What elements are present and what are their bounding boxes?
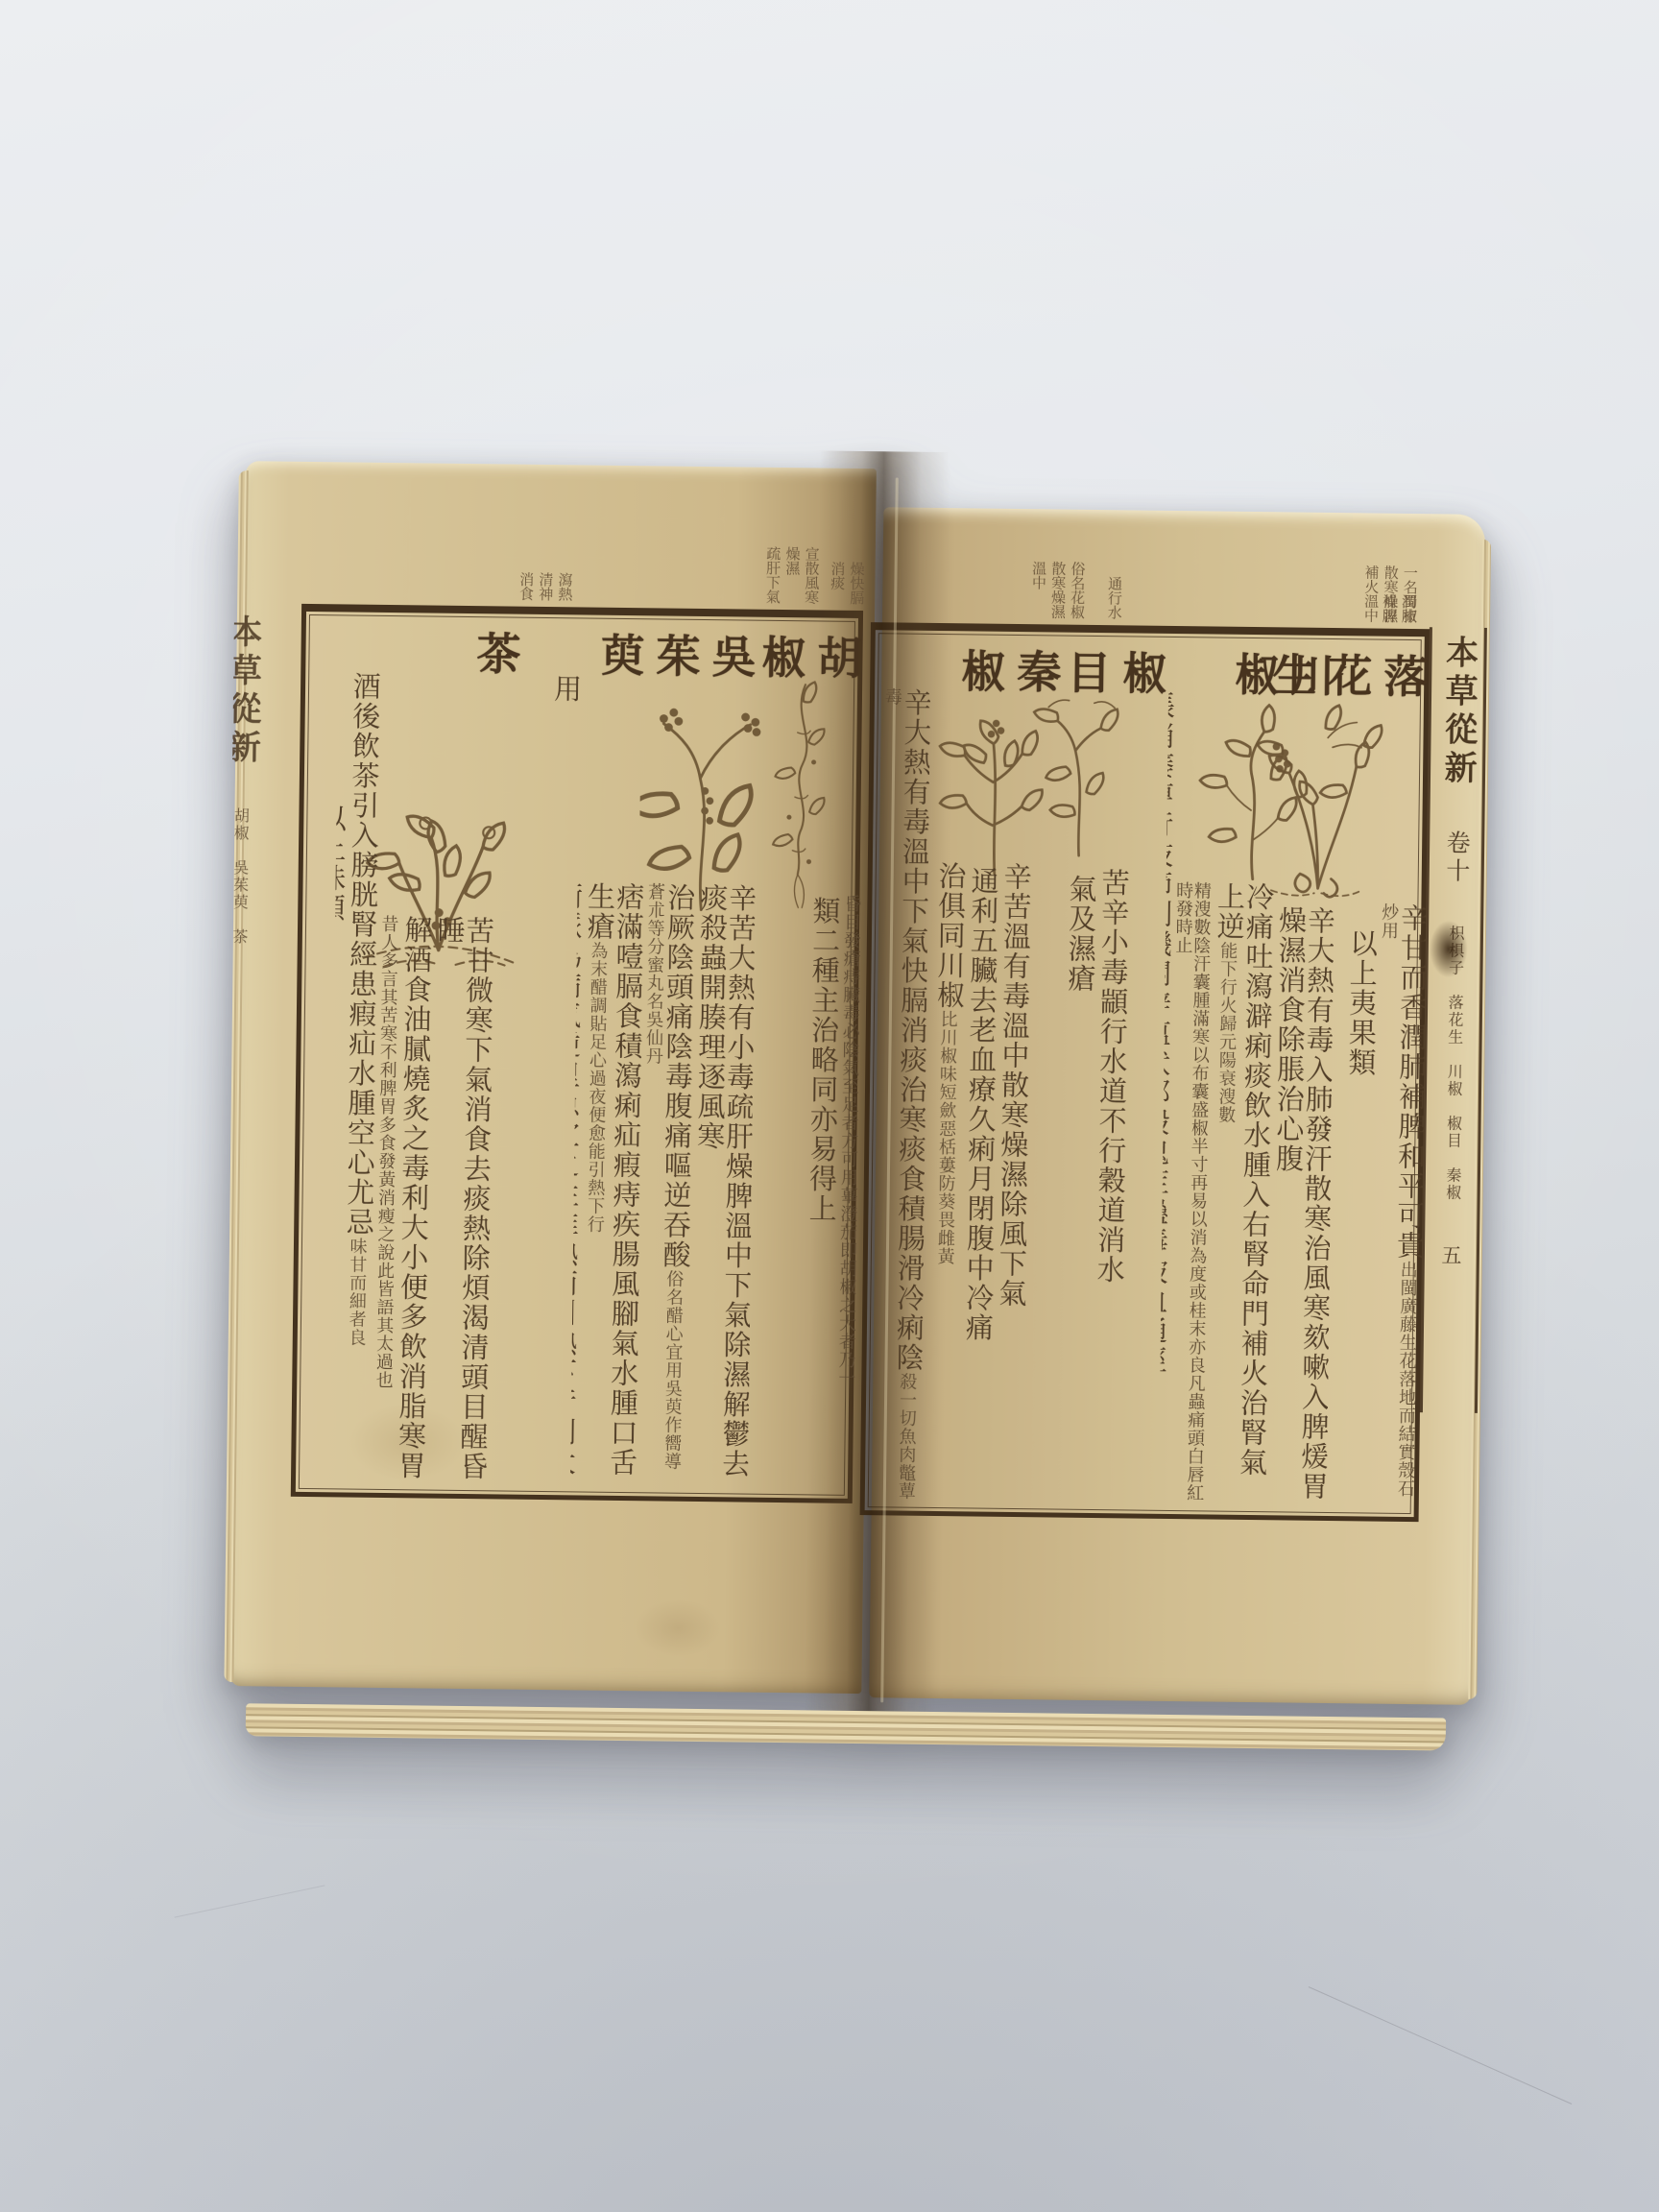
entry-qinjiao: 秦椒 辛苦溫有毒溫中散寒燥濕除風下氣通利五臟去老血療久痢月閉腹中冷痛治俱同川椒比…	[919, 640, 1064, 1503]
margin-note-qinjiao: 俗名花椒散寒燥濕溫中	[921, 560, 1085, 619]
paper-stain	[635, 1599, 722, 1657]
text-column: 精溲數陰汗囊腫滿寒以布囊盛椒半寸再易以消為度或桂末亦良凡蟲痛頭白唇紅時發時止	[1167, 881, 1211, 1504]
right-fold-edge-column: 本草從新 卷十 枳椇子 落花生 川椒 椒目 秦椒 五	[1420, 627, 1487, 1413]
margin-note-column: 清神	[537, 572, 553, 601]
heading-char: 川	[1290, 654, 1335, 699]
margin-note-column: 俗名花椒	[1069, 562, 1085, 619]
entry-heading: 胡椒	[761, 637, 862, 682]
edge-book-title: 本草從新	[1439, 635, 1477, 788]
right-page-margin-notes: 潤肺補脾一名蜀椒散寒燥濕補火溫中通行水俗名花椒散寒燥濕溫中	[871, 530, 1421, 625]
text-column: 酒後飲茶引入膀胱腎經患瘕疝水腫空心尤忌味甘而細者良	[340, 672, 378, 1483]
heading-char: 秦	[1017, 651, 1062, 696]
column-annotation-text: 比川椒味短歛惡栝蔞防葵畏雌黃	[935, 1010, 957, 1265]
right-page: 潤肺補脾一名蜀椒散寒燥濕補火溫中通行水俗名花椒散寒燥濕溫中 落花生 辛甘而香潤肺…	[869, 507, 1485, 1705]
column-main-text: 辛苦大熱有小毒疏肝燥脾溫中下氣除濕解鬱去痰殺蟲開腠理逐風寒	[693, 883, 757, 1479]
column-main-text: 苦辛小毒顓行水道不行穀道消水	[1094, 868, 1129, 1285]
column-main-text: 用	[550, 674, 581, 704]
column-main-text: 通利五臟去老血療久痢月閉腹中冷痛	[962, 866, 998, 1342]
entry-text-columns: 用苦甘微寒下氣消食去痰熱除煩渴清頭目醒昏睡解酒食油膩燒炙之毒利大小便多飲消脂寒胃…	[328, 621, 581, 1485]
entry-text-columns: 苦辛小毒顓行水道不行穀道消水氣及濕瘡	[1053, 642, 1169, 1504]
right-page-frame: 落花生 辛甘而香潤肺補脾和平可貴出閩廣藤生花落地而結實殼石炒用以上夷果類川椒 辛…	[860, 622, 1430, 1522]
column-main-text: 以上味類	[328, 804, 346, 923]
column-annotation-text: 能下行火歸元陽衰溲數	[1216, 942, 1238, 1124]
column-main-text: 苦甘微寒下氣消食去痰熱除煩渴清頭目醒昏睡	[433, 916, 493, 1482]
text-column: 以上夷果類	[1340, 928, 1377, 1506]
heading-char: 吳	[711, 636, 757, 681]
column-main-text: 治俱同川椒	[933, 861, 966, 1010]
text-column: 辛苦溫有毒溫中散寒燥濕除風下氣	[994, 862, 1030, 1503]
entry-cha: 茶 用苦甘微寒下氣消食去痰熱除煩渴清頭目醒昏睡解酒食油膩燒炙之毒利大小便多飲消脂…	[328, 621, 581, 1485]
text-column: 通利五臟去老血療久痢月閉腹中冷痛	[960, 866, 997, 1502]
heading-char: 椒	[961, 650, 1006, 695]
text-column: 治俱同川椒比川椒味短歛惡栝蔞防葵畏雌黃	[927, 861, 964, 1502]
margin-note-column: 散寒燥濕	[1382, 565, 1398, 623]
entry-text-columns: 辛甘而香潤肺補脾和平可貴出閩廣藤生花落地而結實殼石炒用以上夷果類	[1327, 645, 1431, 1507]
heading-char: 萸	[600, 635, 645, 680]
edge-book-title: 本草從新	[224, 614, 266, 769]
text-column: 辛大熱有毒入肺發汗散寒治風寒欬嗽入脾煖胃燥濕消食除脹治心腹	[1268, 905, 1334, 1506]
edge-page-number: 五	[1439, 1244, 1462, 1264]
column-main-text: 辛大熱有毒入肺發汗散寒治風寒欬嗽入脾煖胃燥濕消食除脹治心腹	[1272, 905, 1335, 1502]
margin-note-column: 燥濕	[783, 546, 800, 575]
entry-text-columns: 辛大熱有毒入肺發汗散寒治風寒欬嗽入脾煖胃燥濕消食除脹治心腹冷痛吐瀉澼痢痰飲水腫入…	[1159, 643, 1337, 1506]
margin-note-cha: 瀉熱清神消食	[470, 571, 571, 601]
text-column: 冷痛吐瀉澼痢痰飲水腫入右腎命門補火治腎氣上逆能下行火歸元陽衰溲數	[1207, 882, 1272, 1506]
entry-text-columns: 辛苦溫有毒溫中散寒燥濕除風下氣通利五臟去老血療久痢月閉腹中冷痛治俱同川椒比川椒味…	[919, 640, 1064, 1503]
desk-scratch	[1309, 1986, 1572, 2104]
text-column: 類二種主治略同亦易得上	[803, 896, 839, 1488]
desk-scratch	[175, 1885, 325, 1917]
edge-entry-index: 胡椒 吳茱萸 茶	[228, 807, 252, 946]
left-page-margin-notes: 燥快膈消痰宣散風寒燥濕疏肝下氣瀉熱清神消食	[301, 512, 854, 607]
column-main-text: 酒後飲茶引入膀胱腎經患瘕疝水腫空心尤忌	[343, 671, 380, 1237]
margin-note-column: 疏肝下氣	[763, 546, 780, 604]
left-fold-edge-column: 本草從新 胡椒 吳茱萸 茶	[224, 605, 278, 1459]
column-annotation-text: 為末醋調貼足心過夜便愈能引熱下行	[586, 942, 609, 1234]
right-page-entries: 落花生 辛甘而香潤肺補脾和平可貴出閩廣藤生花落地而結實殼石炒用以上夷果類川椒 辛…	[871, 636, 1419, 1511]
heading-char: 胡	[817, 637, 862, 682]
text-column: 辛大熱有毒溫中下氣快膈消痰治寒痰食積腸滑冷痢陰殺一切魚肉鼈蕈毒	[874, 687, 930, 1502]
margin-note-column: 宣散風寒	[803, 546, 819, 604]
text-column: 氣及濕瘡	[1058, 875, 1094, 1503]
entry-text-columns: 昏目發瘡痔臟毒必陰氣至足者方可用蓽澄茄即胡椒之大者乃一類二種主治略同亦易得上	[748, 627, 864, 1489]
text-column: 辛甘而香潤肺補脾和平可貴出閩廣藤生花落地而結實殼石炒用	[1373, 903, 1428, 1508]
open-book: 本草從新 胡椒 吳茱萸 茶 燥快膈消痰宣散風寒燥濕疏肝下氣瀉熱清神消食 胡椒 昏…	[230, 444, 1486, 1736]
heading-char: 椒	[1235, 654, 1280, 699]
heading-char: 茱	[656, 635, 701, 680]
heading-char: 椒	[1122, 652, 1167, 697]
column-main-text: 類二種主治略同亦易得上	[805, 896, 840, 1223]
heading-char: 落	[1383, 656, 1429, 701]
column-annotation-text: 味甘而細者良	[347, 1238, 367, 1347]
left-page-entries: 胡椒 昏目發瘡痔臟毒必陰氣至足者方可用蓽澄茄即胡椒之大者乃一類二種主治略同亦易得…	[301, 617, 853, 1493]
text-column: 昏目發瘡痔臟毒必陰氣至足者方可用蓽澄茄即胡椒之大者乃一	[835, 895, 860, 1489]
margin-note-column: 消痰	[829, 562, 845, 590]
heading-char: 茶	[476, 633, 521, 678]
margin-note-column: 散寒燥濕	[1049, 561, 1066, 618]
entry-jiaomu: 椒目 苦辛小毒顓行水道不行穀道消水氣及濕瘡	[1053, 642, 1169, 1504]
entry-heading: 茶	[476, 633, 521, 678]
margin-note-chuanjiao: 一名蜀椒散寒燥濕補火溫中	[1222, 564, 1417, 623]
text-column: 辛苦大熱有小毒疏肝燥脾溫中下氣除濕解鬱去痰殺蟲開腠理逐風寒	[690, 883, 756, 1488]
text-column: 苦甘微寒下氣消食去痰熱除煩渴清頭目醒昏睡	[427, 916, 493, 1485]
entry-hujiao: 胡椒 昏目發瘡痔臟毒必陰氣至足者方可用蓽澄茄即胡椒之大者乃一類二種主治略同亦易得…	[748, 627, 864, 1489]
entry-chuanjiao: 川椒 辛大熱有毒入肺發汗散寒治風寒欬嗽入脾煖胃燥濕消食除脹治心腹冷痛吐瀉澼痢痰飲…	[1159, 643, 1337, 1506]
column-main-text: 以上夷果類	[1344, 928, 1377, 1077]
text-column: 治厥陰頭痛陰毒腹痛嘔逆吞酸俗名醋心宜用吳萸作嚮導蒼朮等分蜜丸名吳仙丹	[639, 882, 694, 1487]
margin-note-column: 溫中	[1030, 561, 1046, 589]
margin-note-column: 消食	[517, 572, 534, 601]
column-main-text: 氣及濕瘡	[1064, 875, 1096, 994]
margin-note-column: 瀉熱	[556, 572, 572, 601]
column-main-text: 解酒食油膩燒炙之毒利大小便多飲消脂寒胃	[395, 915, 432, 1480]
text-column: 痞滿噎膈食積瀉痢疝瘕痔疾腸風腳氣水腫口舌生瘡為末醋調貼足心過夜便愈能引熱下行	[577, 882, 642, 1487]
entry-heading: 椒目	[1067, 652, 1167, 697]
margin-note-wuzhuyu: 宣散風寒燥濕疏肝下氣	[655, 544, 819, 604]
entry-hujiao-begin: 辛大熱有毒溫中下氣快膈消痰治寒痰食積腸滑冷痢陰殺一切魚肉鼈蕈毒世人因其快膈嗜之者…	[871, 639, 931, 1502]
left-page: 本草從新 胡椒 吳茱萸 茶 燥快膈消痰宣散風寒燥濕疏肝下氣瀉熱清神消食 胡椒 昏…	[230, 461, 877, 1694]
left-page-frame: 胡椒 昏目發瘡痔臟毒必陰氣至足者方可用蓽澄茄即胡椒之大者乃一類二種主治略同亦易得…	[291, 604, 863, 1503]
margin-note-column: 補火溫中	[1362, 565, 1379, 622]
margin-note-column: 燥快膈	[848, 562, 864, 605]
heading-char: 目	[1067, 652, 1112, 697]
entry-text-columns: 辛大熱有毒溫中下氣快膈消痰治寒痰食積腸滑冷痢陰殺一切魚肉鼈蕈毒世人因其快膈嗜之者…	[871, 639, 931, 1502]
margin-note-column: 一名蜀椒	[1401, 565, 1417, 623]
column-main-text: 辛苦溫有毒溫中散寒燥濕除風下氣	[995, 862, 1031, 1309]
margin-note-column: 通行水	[1105, 576, 1121, 619]
entry-heading: 川椒	[1235, 654, 1335, 699]
column-main-text: 昏目發瘡痔臟毒必陰氣至足者方可用蓽澄茄即胡椒之大者乃一	[836, 895, 861, 1387]
entry-luohuasheng: 落花生 辛甘而香潤肺補脾和平可貴出閩廣藤生花落地而結實殼石炒用以上夷果類	[1327, 645, 1431, 1507]
column-main-text: 精溲數陰汗囊腫滿寒以布囊盛椒半寸再易以消為度或桂末亦良凡蟲痛頭白唇紅時發時止	[1173, 881, 1212, 1502]
heading-char: 椒	[761, 637, 806, 682]
entry-wuzhuyu: 吳茱萸 辛苦大熱有小毒疏肝燥脾溫中下氣除濕解鬱去痰殺蟲開腠理逐風寒治厥陰頭痛陰毒…	[570, 624, 758, 1487]
entry-heading: 吳茱萸	[600, 635, 757, 681]
text-column: 解酒食油膩燒炙之毒利大小便多飲消脂寒胃	[395, 915, 430, 1483]
edge-volume-label: 卷十	[1443, 829, 1470, 885]
entry-text-columns: 辛苦大熱有小毒疏肝燥脾溫中下氣除濕解鬱去痰殺蟲開腠理逐風寒治厥陰頭痛陰毒腹痛嘔逆…	[570, 624, 758, 1487]
entry-heading: 秦椒	[961, 650, 1062, 695]
text-column: 苦辛小毒顓行水道不行穀道消水	[1092, 868, 1128, 1503]
